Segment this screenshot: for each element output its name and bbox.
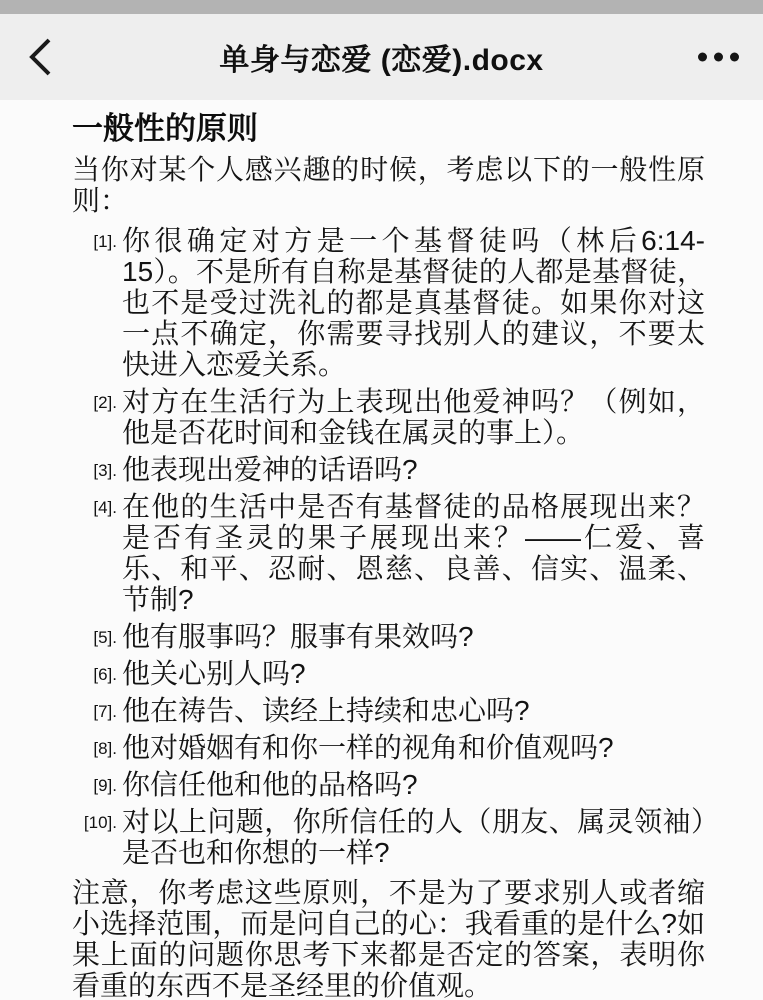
chevron-left-icon	[27, 37, 54, 77]
ellipsis-icon	[698, 53, 739, 62]
status-bar	[0, 0, 763, 14]
list-item: [10]. 对以上问题，你所信任的人（朋友、属灵领袖）是否也和你想的一样?	[72, 806, 705, 868]
list-item: [1]. 你很确定对方是一个基督徒吗（林后6:14-15）。不是所有自称是基督徒…	[72, 225, 705, 380]
list-item-text: 他有服事吗？服事有果效吗?	[122, 621, 474, 652]
list-marker: [5].	[72, 629, 117, 646]
list-marker: [4].	[72, 499, 117, 516]
back-button[interactable]	[16, 31, 64, 83]
list-item: [7]. 他在祷告、读经上持续和忠心吗?	[72, 695, 705, 726]
list-marker: [1].	[72, 233, 117, 250]
intro-paragraph: 当你对某个人感兴趣的时候，考虑以下的一般性原则：	[72, 154, 705, 216]
document-title: 单身与恋爱 (恋爱).docx	[219, 35, 543, 79]
list-item: [9]. 你信任他和他的品格吗?	[72, 769, 705, 800]
navbar: 单身与恋爱 (恋爱).docx	[0, 14, 763, 100]
closing-paragraph: 注意，你考虑这些原则，不是为了要求别人或者缩小选择范围，而是问自己的心：我看重的…	[72, 877, 705, 1000]
list-marker: [10].	[72, 814, 117, 831]
ellipsis-dot	[714, 53, 723, 62]
ellipsis-dot	[698, 53, 707, 62]
document-viewer: 单身与恋爱 (恋爱).docx 一般性的原则 当你对某个人感兴趣的时候，考虑以下…	[0, 0, 763, 1000]
list-marker: [2].	[72, 394, 117, 411]
list-item-text: 他在祷告、读经上持续和忠心吗?	[122, 695, 530, 726]
list-item-text: 对方在生活行为上表现出他爱神吗？（例如，他是否花时间和金钱在属灵的事上）。	[122, 386, 705, 448]
list-marker: [6].	[72, 666, 117, 683]
more-button[interactable]	[696, 43, 741, 72]
list-item-text: 在他的生活中是否有基督徒的品格展现出来？是否有圣灵的果子展现出来？——仁爱、喜乐…	[122, 491, 705, 615]
list-marker: [9].	[72, 777, 117, 794]
ellipsis-dot	[730, 53, 739, 62]
list-item: [4]. 在他的生活中是否有基督徒的品格展现出来？是否有圣灵的果子展现出来？——…	[72, 491, 705, 615]
list-item-text: 你信任他和他的品格吗?	[122, 769, 418, 800]
list-marker: [8].	[72, 740, 117, 757]
list-item-text: 他对婚姻有和你一样的视角和价值观吗?	[122, 732, 614, 763]
section-heading: 一般性的原则	[72, 111, 705, 147]
document-content: 一般性的原则 当你对某个人感兴趣的时候，考虑以下的一般性原则： [1]. 你很确…	[0, 100, 763, 1000]
list-item-text: 他表现出爱神的话语吗?	[122, 454, 418, 485]
list-item: [3]. 他表现出爱神的话语吗?	[72, 454, 705, 485]
list-item: [8]. 他对婚姻有和你一样的视角和价值观吗?	[72, 732, 705, 763]
list-item: [5]. 他有服事吗？服事有果效吗?	[72, 621, 705, 652]
principles-list: [1]. 你很确定对方是一个基督徒吗（林后6:14-15）。不是所有自称是基督徒…	[72, 225, 705, 868]
list-item: [2]. 对方在生活行为上表现出他爱神吗？（例如，他是否花时间和金钱在属灵的事上…	[72, 386, 705, 448]
list-marker: [3].	[72, 462, 117, 479]
list-item-text: 你很确定对方是一个基督徒吗（林后6:14-15）。不是所有自称是基督徒的人都是基…	[122, 225, 705, 380]
list-item: [6]. 他关心别人吗?	[72, 658, 705, 689]
list-item-text: 对以上问题，你所信任的人（朋友、属灵领袖）是否也和你想的一样?	[122, 806, 705, 868]
list-item-text: 他关心别人吗?	[122, 658, 306, 689]
list-marker: [7].	[72, 703, 117, 720]
